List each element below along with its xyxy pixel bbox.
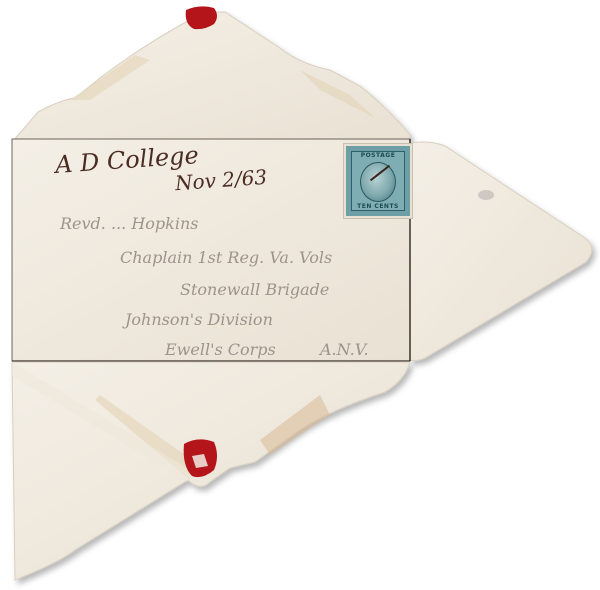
portrait-icon <box>360 162 396 202</box>
address-line: Ewell's Corps <box>165 340 276 359</box>
address-line: A.N.V. <box>320 340 369 359</box>
postage-stamp: POSTAGE TEN CENTS <box>344 144 412 218</box>
address-line: Chaplain 1st Reg. Va. Vols <box>120 248 332 267</box>
address-line: Stonewall Brigade <box>180 280 329 299</box>
stamp-top-text: POSTAGE <box>346 152 410 159</box>
stamp-bottom-text: TEN CENTS <box>346 203 410 210</box>
right-flap <box>410 142 592 361</box>
address-line: Revd. ... Hopkins <box>60 214 198 233</box>
top-flap <box>14 12 410 140</box>
address-line: Johnson's Division <box>125 310 273 329</box>
